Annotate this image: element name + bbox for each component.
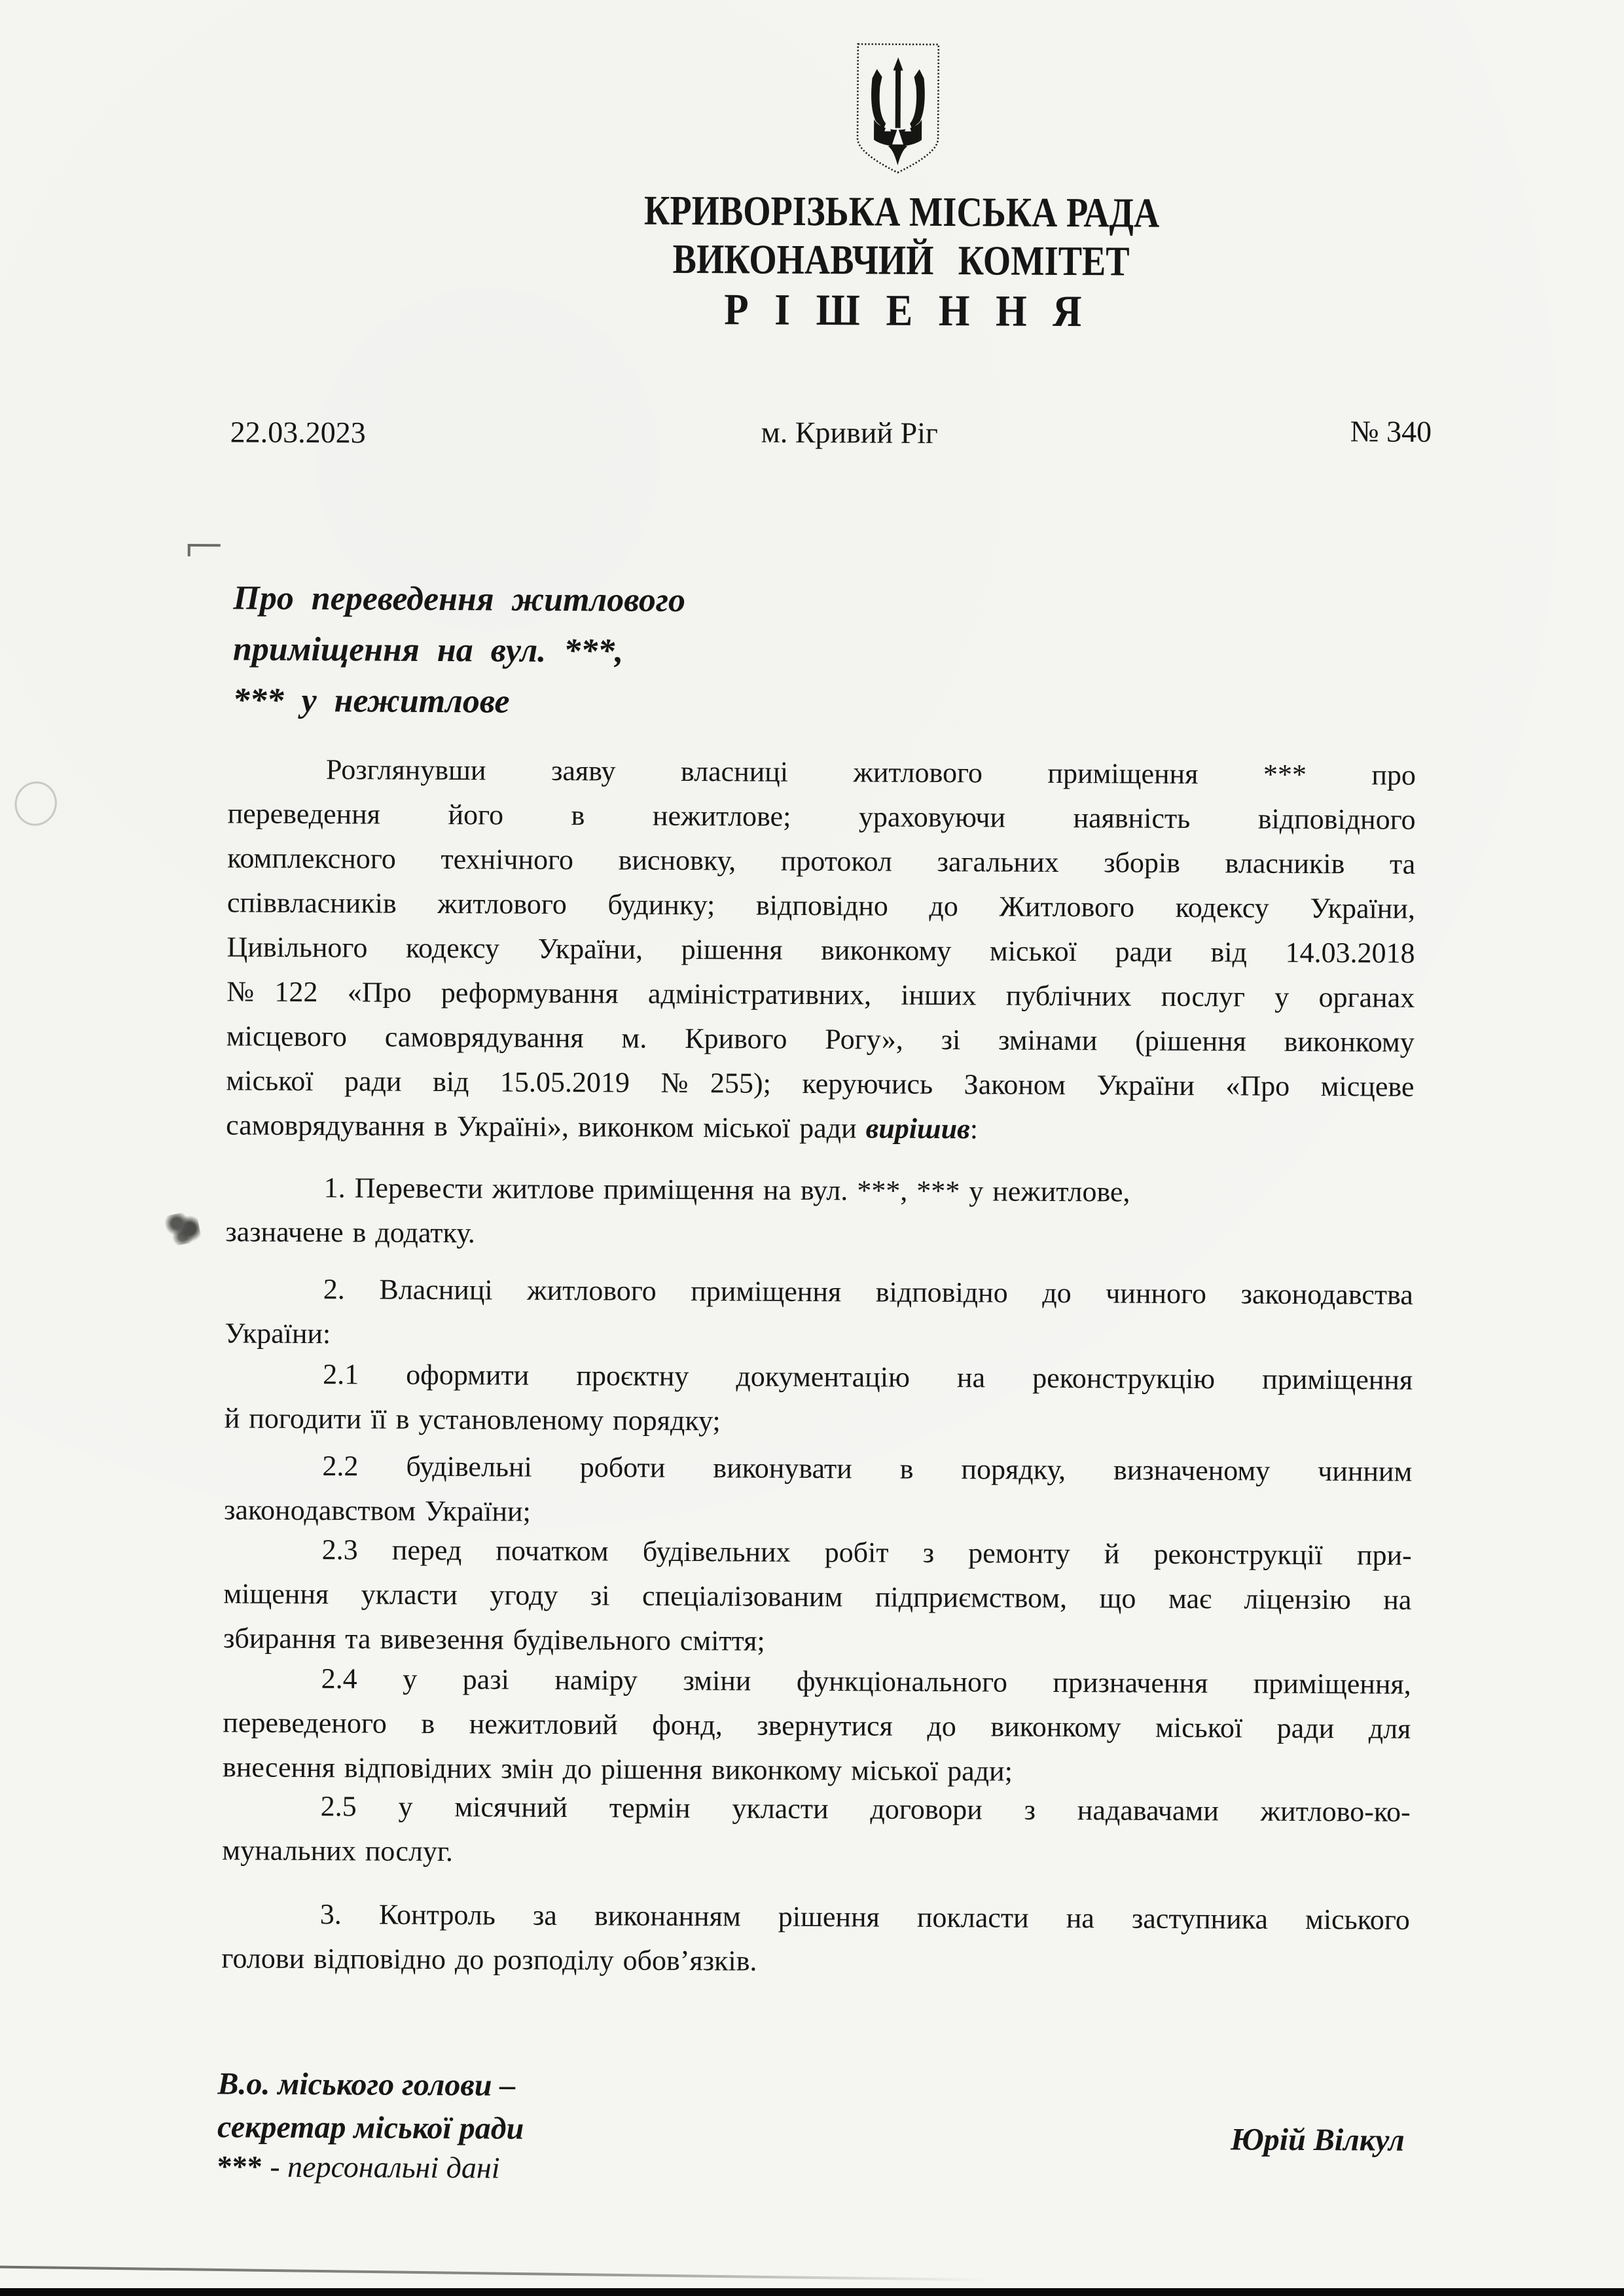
ukraine-trident-emblem xyxy=(854,41,942,175)
text-line: переведеного в нежитловий фонд, звернути… xyxy=(223,1700,1411,1751)
decision-item-1: 1. Перевести житлове приміщення на вул. … xyxy=(225,1165,1414,1261)
paragraph-lines: 2.1 оформити проєктну документацію на ре… xyxy=(225,1352,1413,1447)
text-line: й погодити її в установленому порядку; xyxy=(225,1396,1413,1447)
subject-line: приміщення на вул. ***, xyxy=(233,624,822,678)
text-line: 2. Власниці житлового приміщення відпові… xyxy=(225,1266,1413,1318)
text-segment: самоврядування в Україні», виконком місь… xyxy=(226,1109,866,1144)
text-line: зазначене в додатку. xyxy=(225,1210,1413,1261)
document-type-title: РІШЕННЯ xyxy=(442,282,1359,338)
signatory-position-line2: секретар міської ради xyxy=(217,2106,524,2150)
paragraph-last-line: самоврядування в Україні», виконком місь… xyxy=(226,1103,1414,1154)
decision-item-2-5: 2.5 у місячний термін укласти договори з… xyxy=(222,1784,1411,1879)
paragraph-lines: 3. Контроль за виконанням рішення поклас… xyxy=(221,1892,1410,1987)
document-meta-row: 22.03.2023 м. Кривий Ріг № 340 xyxy=(4,407,1624,461)
decision-item-2-2: 2.2 будівельні роботи виконувати в поряд… xyxy=(224,1443,1413,1539)
text-line: Цивільного кодексу України, рішення вико… xyxy=(226,925,1415,976)
text-line: 2.4 у разі наміру зміни функціонального … xyxy=(223,1656,1411,1707)
scan-ink-smudge xyxy=(164,1210,202,1247)
paragraph-lines: Розглянувши заяву власниці житлового при… xyxy=(226,747,1416,1109)
subject-line: *** у нежитлове xyxy=(232,675,821,729)
text-line: 2.1 оформити проєктну документацію на ре… xyxy=(225,1352,1413,1403)
text-line: місцевого самоврядування м. Кривого Рогу… xyxy=(226,1014,1415,1065)
text-line: 2.2 будівельні роботи виконувати в поряд… xyxy=(224,1443,1412,1494)
paragraph-lines: 2.5 у місячний термін укласти договори з… xyxy=(222,1784,1411,1879)
subject-block: Про переведення житлового приміщення на … xyxy=(232,573,822,729)
paper-edge-line xyxy=(0,2265,989,2281)
signatory-position: В.о. міського голови – секретар міської … xyxy=(217,2062,524,2150)
text-line: мунальних послуг. xyxy=(222,1828,1410,1879)
personal-data-note: *** - персональні дані xyxy=(217,2149,500,2185)
corner-crop-mark xyxy=(188,544,221,556)
org-name-line1-text: КРИВОРІЗЬКА МІСЬКА РАДА xyxy=(644,187,1160,238)
text-line: 2.3 перед початком будівельних робіт з р… xyxy=(224,1527,1412,1578)
scan-oval-artifact xyxy=(9,776,63,831)
decision-item-3: 3. Контроль за виконанням рішення поклас… xyxy=(221,1892,1410,1987)
text-line: голови відповідно до розподілу обов’язкі… xyxy=(221,1936,1409,1987)
text-line: комплексного технічного висновку, проток… xyxy=(227,836,1415,887)
text-segment: вирішив xyxy=(866,1112,970,1145)
text-line: 1. Перевести житлове приміщення на вул. … xyxy=(225,1165,1413,1216)
subject-line: Про переведення житлового xyxy=(233,573,822,627)
document-place: м. Кривий Ріг xyxy=(761,415,938,450)
org-name-line2-text: ВИКОНАВЧИЙ КОМІТЕТ xyxy=(673,235,1130,286)
org-name-line2: ВИКОНАВЧИЙ КОМІТЕТ xyxy=(443,234,1360,287)
signatory-name: Юрій Вілкул xyxy=(1231,2121,1405,2158)
text-line: співвласників житлового будинку; відпові… xyxy=(227,880,1415,931)
paragraph-lines: 2. Власниці житлового приміщення відпові… xyxy=(225,1266,1413,1362)
text-line: Розглянувши заяву власниці житлового при… xyxy=(228,747,1416,798)
document-type-title-text: РІШЕННЯ xyxy=(724,283,1108,337)
text-segment: : xyxy=(970,1113,978,1145)
text-line: 3. Контроль за виконанням рішення поклас… xyxy=(222,1892,1410,1943)
body-paragraph-intro: Розглянувши заяву власниці житлового при… xyxy=(226,747,1416,1153)
decision-item-2: 2. Власниці житлового приміщення відпові… xyxy=(225,1266,1413,1362)
signatory-position-line1: В.о. міського голови – xyxy=(217,2062,524,2107)
text-line: міської ради від 15.05.2019 №255); керую… xyxy=(226,1058,1414,1109)
text-segment: *** xyxy=(217,2149,270,2183)
document-number: № 340 xyxy=(1350,414,1432,449)
decision-item-2-3: 2.3 перед початком будівельних робіт з р… xyxy=(223,1527,1412,1667)
text-line: №122 «Про реформування адміністративних,… xyxy=(226,969,1415,1020)
text-line: міщення укласти угоду зі спеціалізованим… xyxy=(223,1571,1411,1623)
paragraph-lines: 2.2 будівельні роботи виконувати в поряд… xyxy=(224,1443,1413,1539)
scan-content: КРИВОРІЗЬКА МІСЬКА РАДА ВИКОНАВЧИЙ КОМІТ… xyxy=(0,0,1624,2296)
org-name-line1: КРИВОРІЗЬКА МІСЬКА РАДА xyxy=(443,185,1360,238)
paragraph-lines: 2.3 перед початком будівельних робіт з р… xyxy=(223,1527,1412,1667)
text-segment: - персональні дані xyxy=(270,2150,500,2185)
decision-item-2-1: 2.1 оформити проєктну документацію на ре… xyxy=(225,1352,1413,1447)
paragraph-lines: 1. Перевести житлове приміщення на вул. … xyxy=(225,1165,1414,1261)
scanned-document-page: КРИВОРІЗЬКА МІСЬКА РАДА ВИКОНАВЧИЙ КОМІТ… xyxy=(0,0,1624,2296)
paragraph-lines: 2.4 у разі наміру зміни функціонального … xyxy=(223,1656,1411,1796)
scanner-edge-band xyxy=(0,2288,1624,2296)
text-line: переведення його в нежитлове; ураховуючи… xyxy=(227,791,1415,842)
document-date: 22.03.2023 xyxy=(230,414,366,450)
trident-shield-icon xyxy=(854,41,942,175)
text-line: 2.5 у місячний термін укласти договори з… xyxy=(223,1784,1411,1835)
decision-item-2-4: 2.4 у разі наміру зміни функціонального … xyxy=(223,1656,1411,1796)
